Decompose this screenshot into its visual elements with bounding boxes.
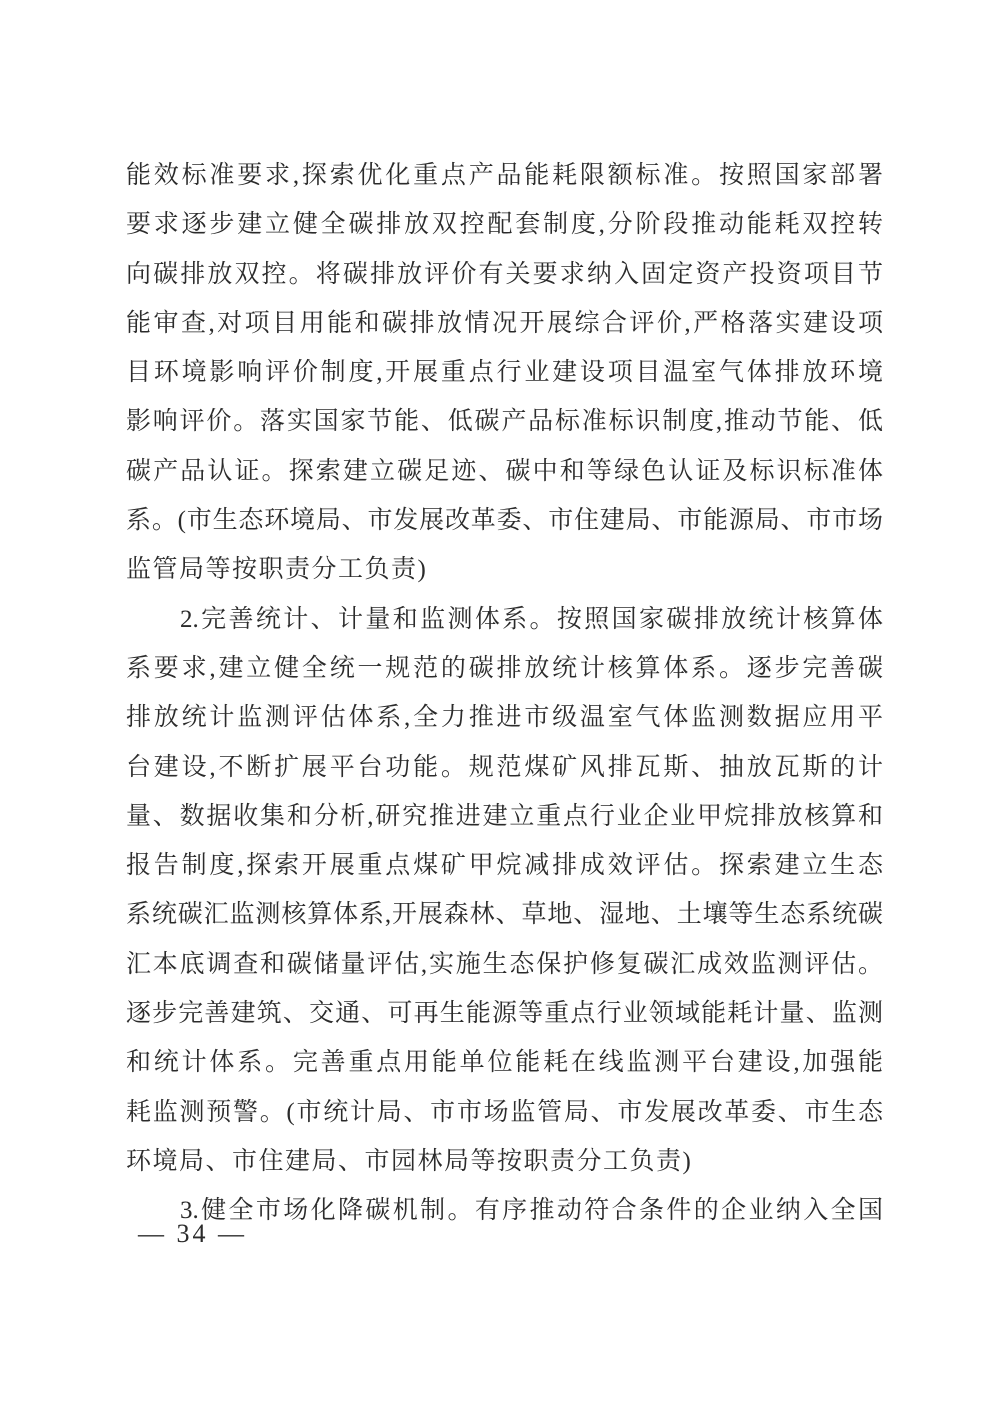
text-line: 系要求,建立健全统一规范的碳排放统计核算体系。逐步完善碳 — [126, 644, 883, 693]
document-body: 能效标准要求,探索优化重点产品能耗限额标准。按照国家部署 要求逐步建立健全碳排放… — [126, 151, 883, 1236]
text-line: 系统碳汇监测核算体系,开展森林、草地、湿地、土壤等生态系统碳 — [126, 890, 883, 939]
text-line: 和统计体系。完善重点用能单位能耗在线监测平台建设,加强能 — [126, 1038, 883, 1087]
text-line: 影响评价。落实国家节能、低碳产品标准标识制度,推动节能、低 — [126, 397, 883, 446]
text-line: 报告制度,探索开展重点煤矿甲烷减排成效评估。探索建立生态 — [126, 841, 883, 890]
text-line: 能审查,对项目用能和碳排放情况开展综合评价,严格落实建设项 — [126, 299, 883, 348]
text-line: 耗监测预警。(市统计局、市市场监管局、市发展改革委、市生态 — [126, 1088, 883, 1137]
text-line: 监管局等按职责分工负责) — [126, 545, 883, 594]
text-line: 逐步完善建筑、交通、可再生能源等重点行业领域能耗计量、监测 — [126, 989, 883, 1038]
text-line: 环境局、市住建局、市园林局等按职责分工负责) — [126, 1137, 883, 1186]
text-line: 排放统计监测评估体系,全力推进市级温室气体监测数据应用平 — [126, 693, 883, 742]
text-line: 碳产品认证。探索建立碳足迹、碳中和等绿色认证及标识标准体 — [126, 447, 883, 496]
text-line: 2.完善统计、计量和监测体系。按照国家碳排放统计核算体 — [126, 595, 883, 644]
text-line: 量、数据收集和分析,研究推进建立重点行业企业甲烷排放核算和 — [126, 792, 883, 841]
text-line: 向碳排放双控。将碳排放评价有关要求纳入固定资产投资项目节 — [126, 250, 883, 299]
text-line: 系。(市生态环境局、市发展改革委、市住建局、市能源局、市市场 — [126, 496, 883, 545]
text-line: 台建设,不断扩展平台功能。规范煤矿风排瓦斯、抽放瓦斯的计 — [126, 743, 883, 792]
text-line: 要求逐步建立健全碳排放双控配套制度,分阶段推动能耗双控转 — [126, 200, 883, 249]
text-line: 目环境影响评价制度,开展重点行业建设项目温室气体排放环境 — [126, 348, 883, 397]
text-line: 能效标准要求,探索优化重点产品能耗限额标准。按照国家部署 — [126, 151, 883, 200]
document-page: 能效标准要求,探索优化重点产品能耗限额标准。按照国家部署 要求逐步建立健全碳排放… — [0, 0, 1000, 1415]
page-number: — 34 — — [138, 1214, 247, 1254]
text-line: 汇本底调查和碳储量评估,实施生态保护修复碳汇成效监测评估。 — [126, 940, 883, 989]
